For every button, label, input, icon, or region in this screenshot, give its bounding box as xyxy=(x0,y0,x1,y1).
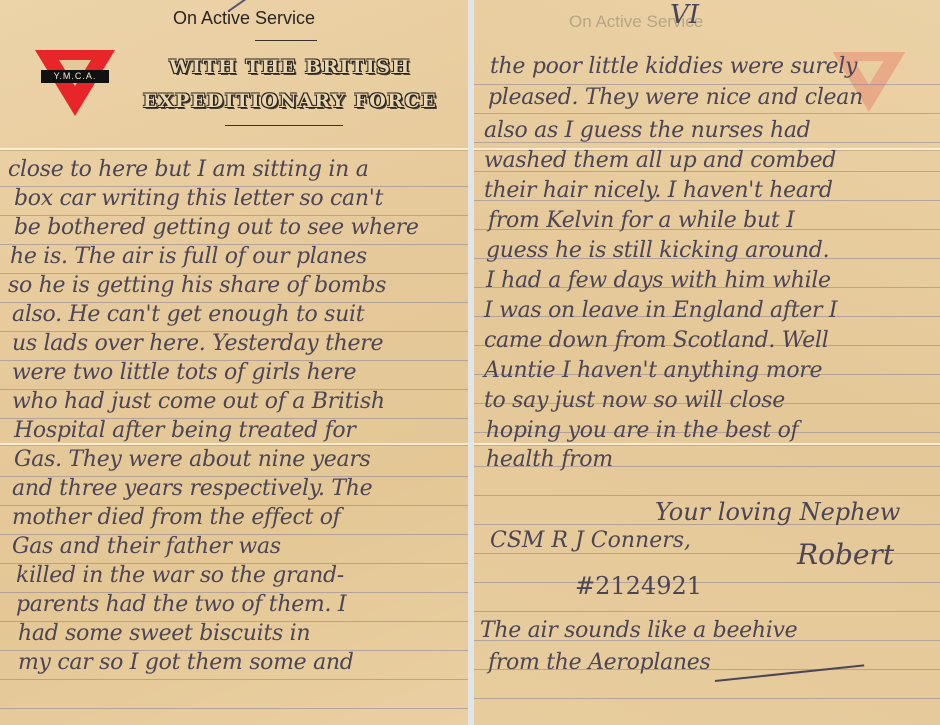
handwritten-line: also as I guess the nurses had xyxy=(484,118,810,143)
handwritten-line: I had a few days with him while xyxy=(486,268,831,293)
ruled-line xyxy=(474,611,940,612)
handwritten-line: hoping you are in the best of xyxy=(486,418,798,443)
handwritten-line: I was on leave in England after I xyxy=(484,298,837,323)
handwritten-line: close to here but I am sitting in a xyxy=(8,157,369,182)
ymca-logo-text: Y.M.C.A. xyxy=(41,70,109,83)
ruled-line xyxy=(474,495,940,496)
handwritten-line: guess he is still kicking around. xyxy=(486,238,829,263)
handwritten-line: he is. The air is full of our planes xyxy=(10,244,367,269)
letter-page-left: On Active Service Y.M.C.A. WITH THE BRIT… xyxy=(0,0,468,725)
handwritten-line: Gas. They were about nine years xyxy=(14,447,371,472)
paper-fold xyxy=(474,443,940,445)
handwritten-line: so he is getting his share of bombs xyxy=(8,273,386,298)
handwritten-line: my car so I got them some and xyxy=(18,650,354,675)
ruled-line xyxy=(474,698,940,699)
rank-and-name: CSM R J Conners, xyxy=(490,528,691,553)
handwritten-line: washed them all up and combed xyxy=(484,148,836,173)
closing-salutation: Your loving Nephew xyxy=(655,498,900,526)
handwritten-line: Hospital after being treated for xyxy=(14,418,356,443)
handwritten-line: their hair nicely. I haven't heard xyxy=(484,178,833,203)
handwritten-line: be bothered getting out to see where xyxy=(14,215,419,240)
letterhead-title-line1: WITH THE BRITISH xyxy=(130,56,450,78)
letterhead-title-line2: EXPEDITIONARY FORCE xyxy=(130,90,450,112)
handwritten-line: came down from Scotland. Well xyxy=(484,328,828,353)
handwritten-line: from Kelvin for a while but I xyxy=(488,208,794,233)
handwritten-line: to say just now so will close xyxy=(484,388,785,413)
handwritten-line: Gas and their father was xyxy=(12,534,281,559)
handwritten-line: health from xyxy=(486,447,613,472)
ruled-line xyxy=(474,582,940,583)
signature: Robert xyxy=(797,538,894,571)
ruled-line xyxy=(474,113,940,114)
paper-fold xyxy=(0,443,468,445)
ymca-triangle-icon xyxy=(35,50,115,116)
postscript-line: from the Aeroplanes xyxy=(488,650,710,675)
paper-fold xyxy=(0,148,468,150)
handwritten-line: us lads over here. Yesterday there xyxy=(12,331,383,356)
service-number: #2124921 xyxy=(575,572,702,600)
handwritten-line: the poor little kiddies were surely xyxy=(490,54,857,79)
handwritten-line: also. He can't get enough to suit xyxy=(12,302,364,327)
handwritten-line: box car writing this letter so can't xyxy=(14,186,383,211)
handwritten-line: killed in the war so the grand- xyxy=(16,563,344,588)
handwritten-line: were two little tots of girls here xyxy=(12,360,356,385)
handwritten-line: who had just come out of a British xyxy=(12,389,385,414)
handwritten-line: Auntie I haven't anything more xyxy=(484,358,822,383)
handwritten-line: pleased. They were nice and clean xyxy=(488,85,863,110)
page-number: VI xyxy=(670,0,699,30)
handwritten-line: mother died from the effect of xyxy=(12,505,341,530)
ruled-line xyxy=(0,679,468,680)
ruled-line xyxy=(0,708,468,709)
handwritten-line: parents had the two of them. I xyxy=(16,592,346,617)
postscript-line: The air sounds like a beehive xyxy=(480,618,797,643)
handwritten-line: had some sweet biscuits in xyxy=(18,621,310,646)
letterhead-service-line: On Active Service xyxy=(0,8,468,29)
letterhead-rule-top xyxy=(255,40,317,41)
handwritten-line: and three years respectively. The xyxy=(12,476,372,501)
letterhead-rule-bottom xyxy=(225,125,343,126)
